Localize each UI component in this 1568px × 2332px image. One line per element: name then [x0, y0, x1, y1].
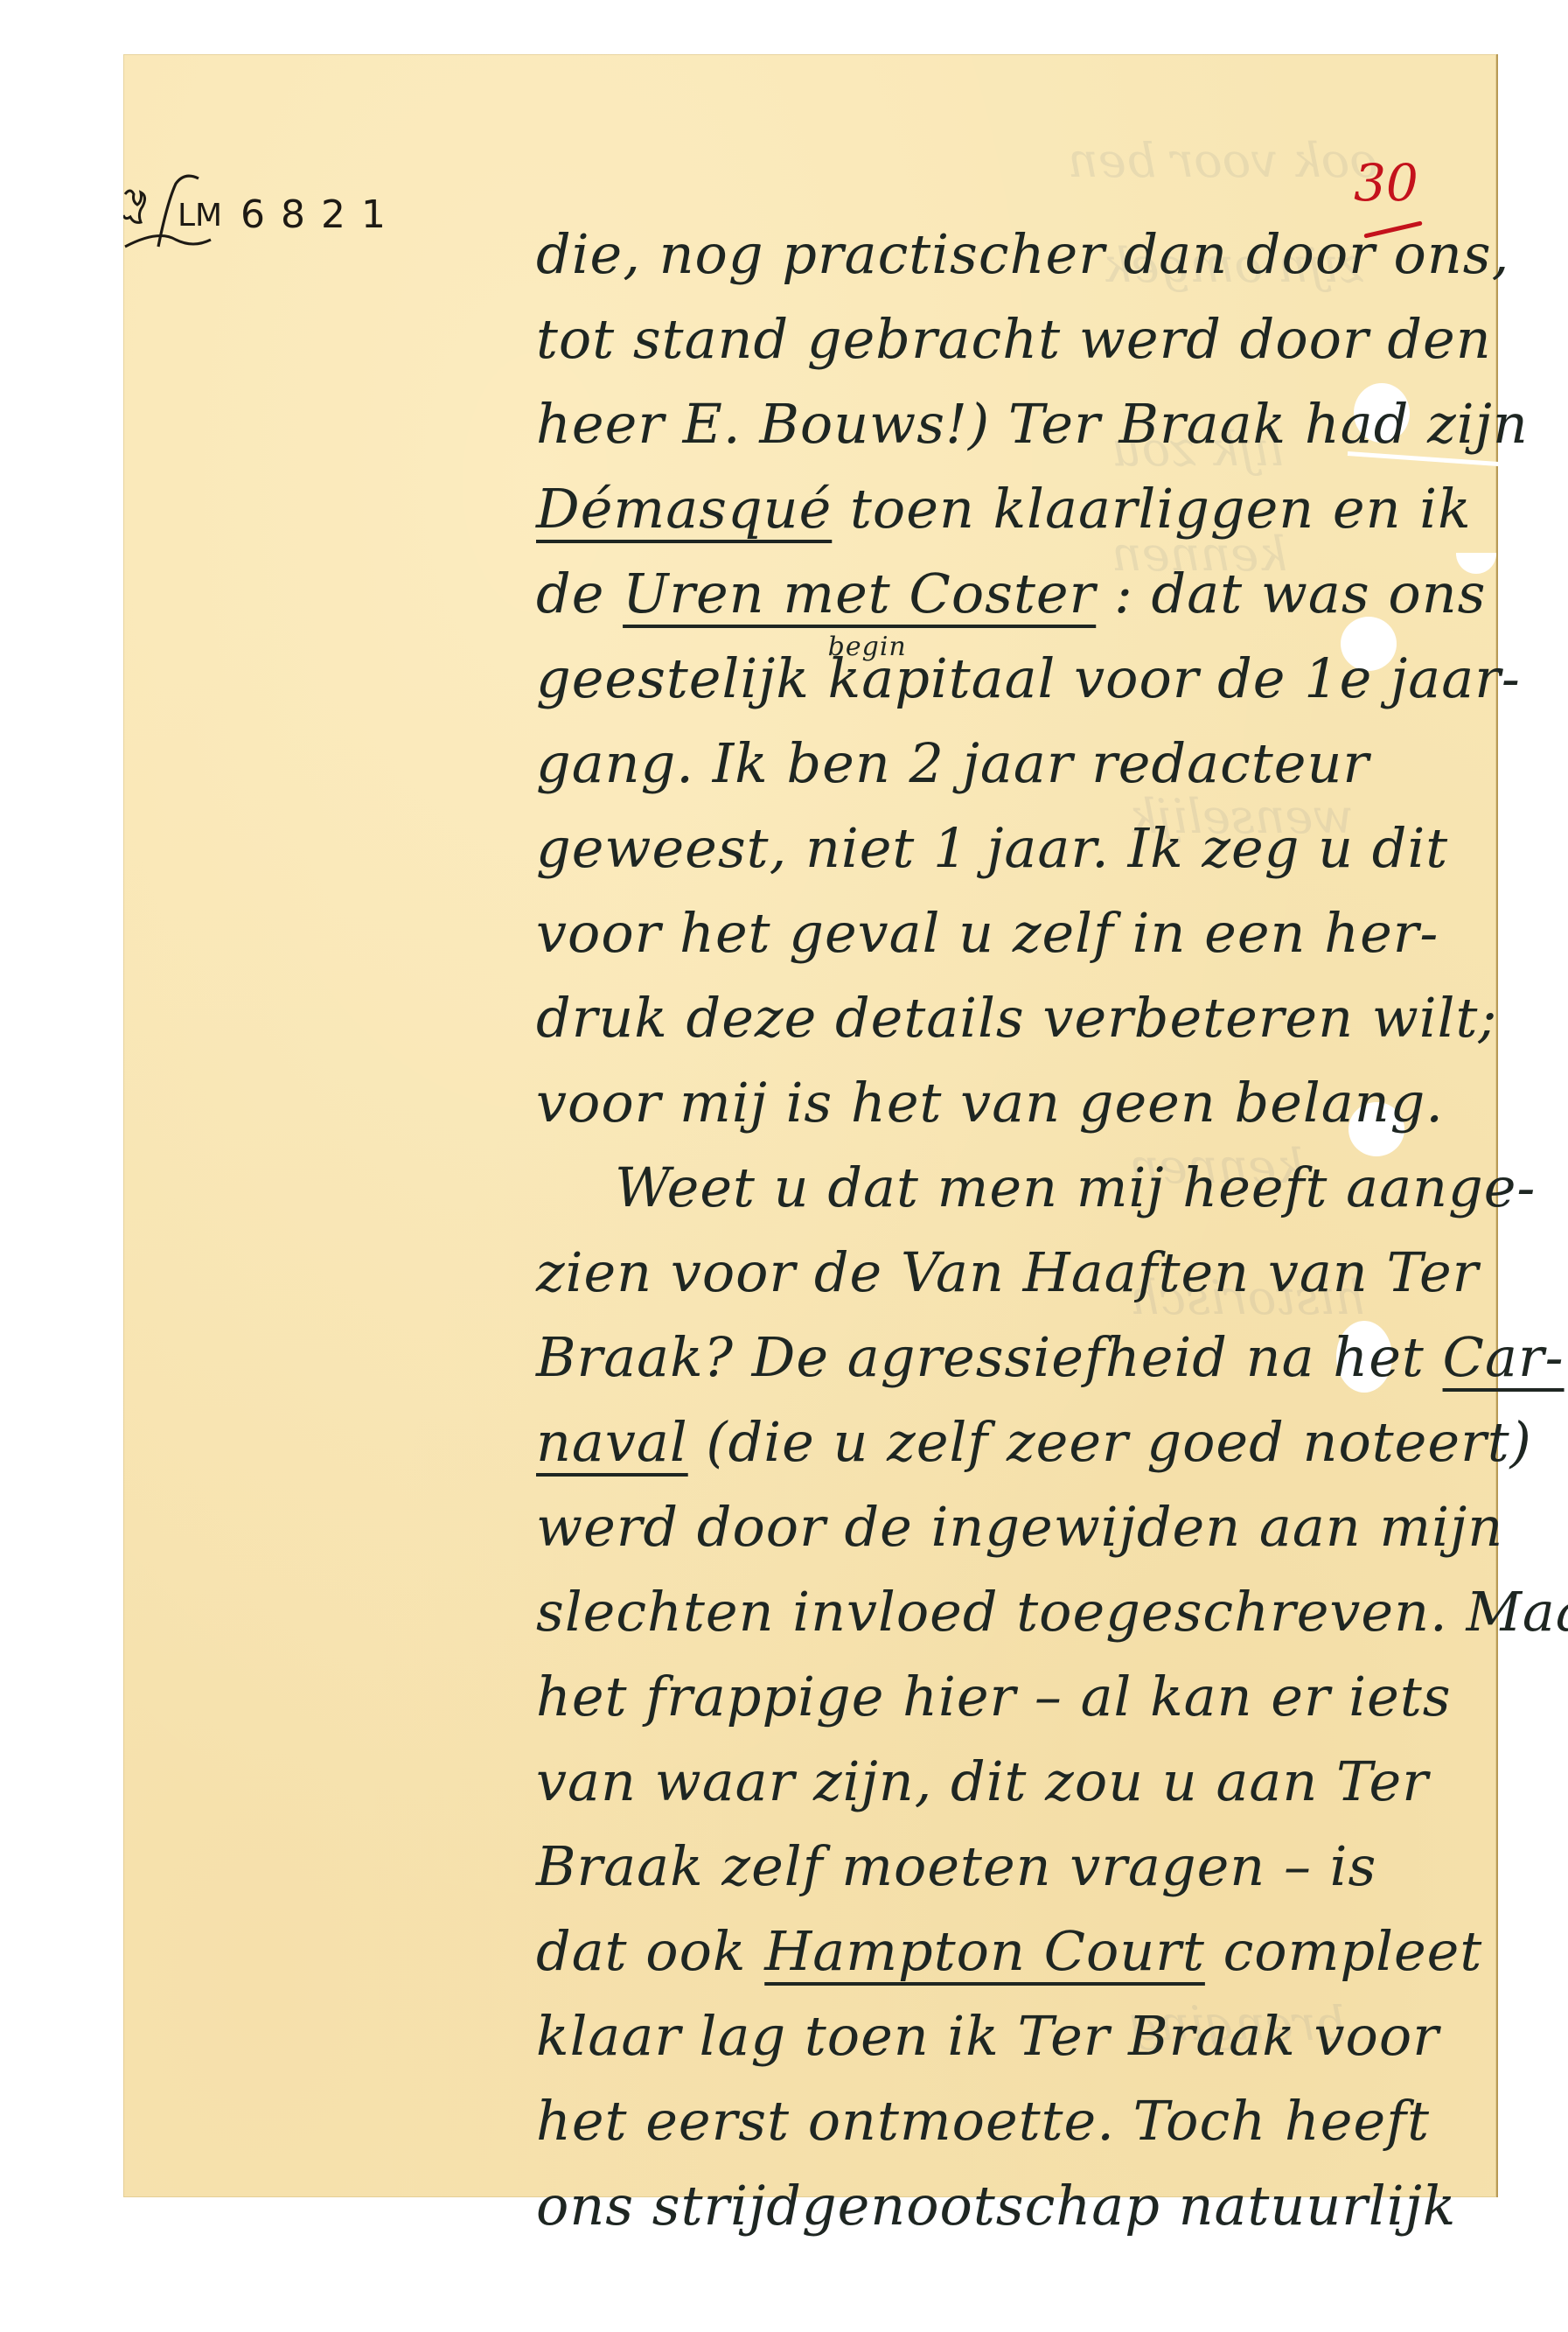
- page-number: 30: [1354, 157, 1418, 208]
- letter-body: die, nog practischer dan door ons, tot s…: [536, 212, 1568, 2248]
- archive-stamp: LM 6821: [123, 177, 401, 247]
- svg-text:LM: LM: [178, 198, 222, 234]
- letter-page: ook voor ben zijn omgek lijk zou kennen …: [123, 54, 1498, 2197]
- text-line: heer E. Bouws!) Ter Braak had zijn: [536, 381, 1568, 466]
- underlined-title: Car-: [1443, 1325, 1565, 1389]
- text-line: slechten invloed toegeschreven. Maar: [536, 1569, 1568, 1654]
- text-line: gang. Ik ben 2 jaar redacteur: [536, 721, 1568, 806]
- underlined-title: Hampton Court: [764, 1919, 1205, 1983]
- underlined-title: naval: [536, 1410, 688, 1474]
- text-line: Braak? De agressiefheid na het Car-: [536, 1315, 1568, 1400]
- text-line: van waar zijn, dit zou u aan Ter: [536, 1739, 1568, 1824]
- text-line: Braak zelf moeten vragen – is: [536, 1824, 1568, 1909]
- text-line: Démasqué toen klaarliggen en ik: [536, 466, 1568, 551]
- bleed-through-text: ook voor ben: [1068, 133, 1378, 188]
- inserted-correction: begin: [828, 634, 907, 660]
- text-line: naval (die u zelf zeer goed noteert): [536, 1400, 1568, 1484]
- text-line: het frappige hier – al kan er iets: [536, 1654, 1568, 1739]
- text-line: dat ook Hampton Court compleet: [536, 1909, 1568, 1993]
- text-line: druk deze details verbeteren wilt;: [536, 975, 1568, 1060]
- text-line: voor het geval u zelf in een her-: [536, 890, 1568, 975]
- archive-number: 6821: [240, 192, 401, 237]
- lion-lm-logo-icon: LM: [123, 168, 228, 255]
- text-line: die, nog practischer dan door ons,: [536, 212, 1568, 297]
- text-line: zien voor de Van Haaften van Ter: [536, 1230, 1568, 1315]
- text-line: de Uren met Coster : dat was ons: [536, 551, 1568, 636]
- text-line: klaar lag toen ik Ter Braak voor: [536, 1993, 1568, 2078]
- text-line: tot stand gebracht werd door den: [536, 297, 1568, 381]
- text-line: het eerst ontmoette. Toch heeft: [536, 2078, 1568, 2163]
- text-line: ons strijdgenootschap natuurlijk: [536, 2163, 1568, 2248]
- text-line: geestelijk beginkapitaal voor de 1e jaar…: [536, 636, 1568, 721]
- text-line: voor mij is het van geen belang.: [536, 1060, 1568, 1145]
- text-line: werd door de ingewijden aan mijn: [536, 1484, 1568, 1569]
- text-line: geweest, niet 1 jaar. Ik zeg u dit: [536, 806, 1568, 890]
- text-line-paragraph-start: Weet u dat men mij heeft aange-: [536, 1145, 1568, 1230]
- underlined-title: Démasqué: [536, 477, 832, 541]
- underlined-title: Uren met Coster: [623, 562, 1096, 625]
